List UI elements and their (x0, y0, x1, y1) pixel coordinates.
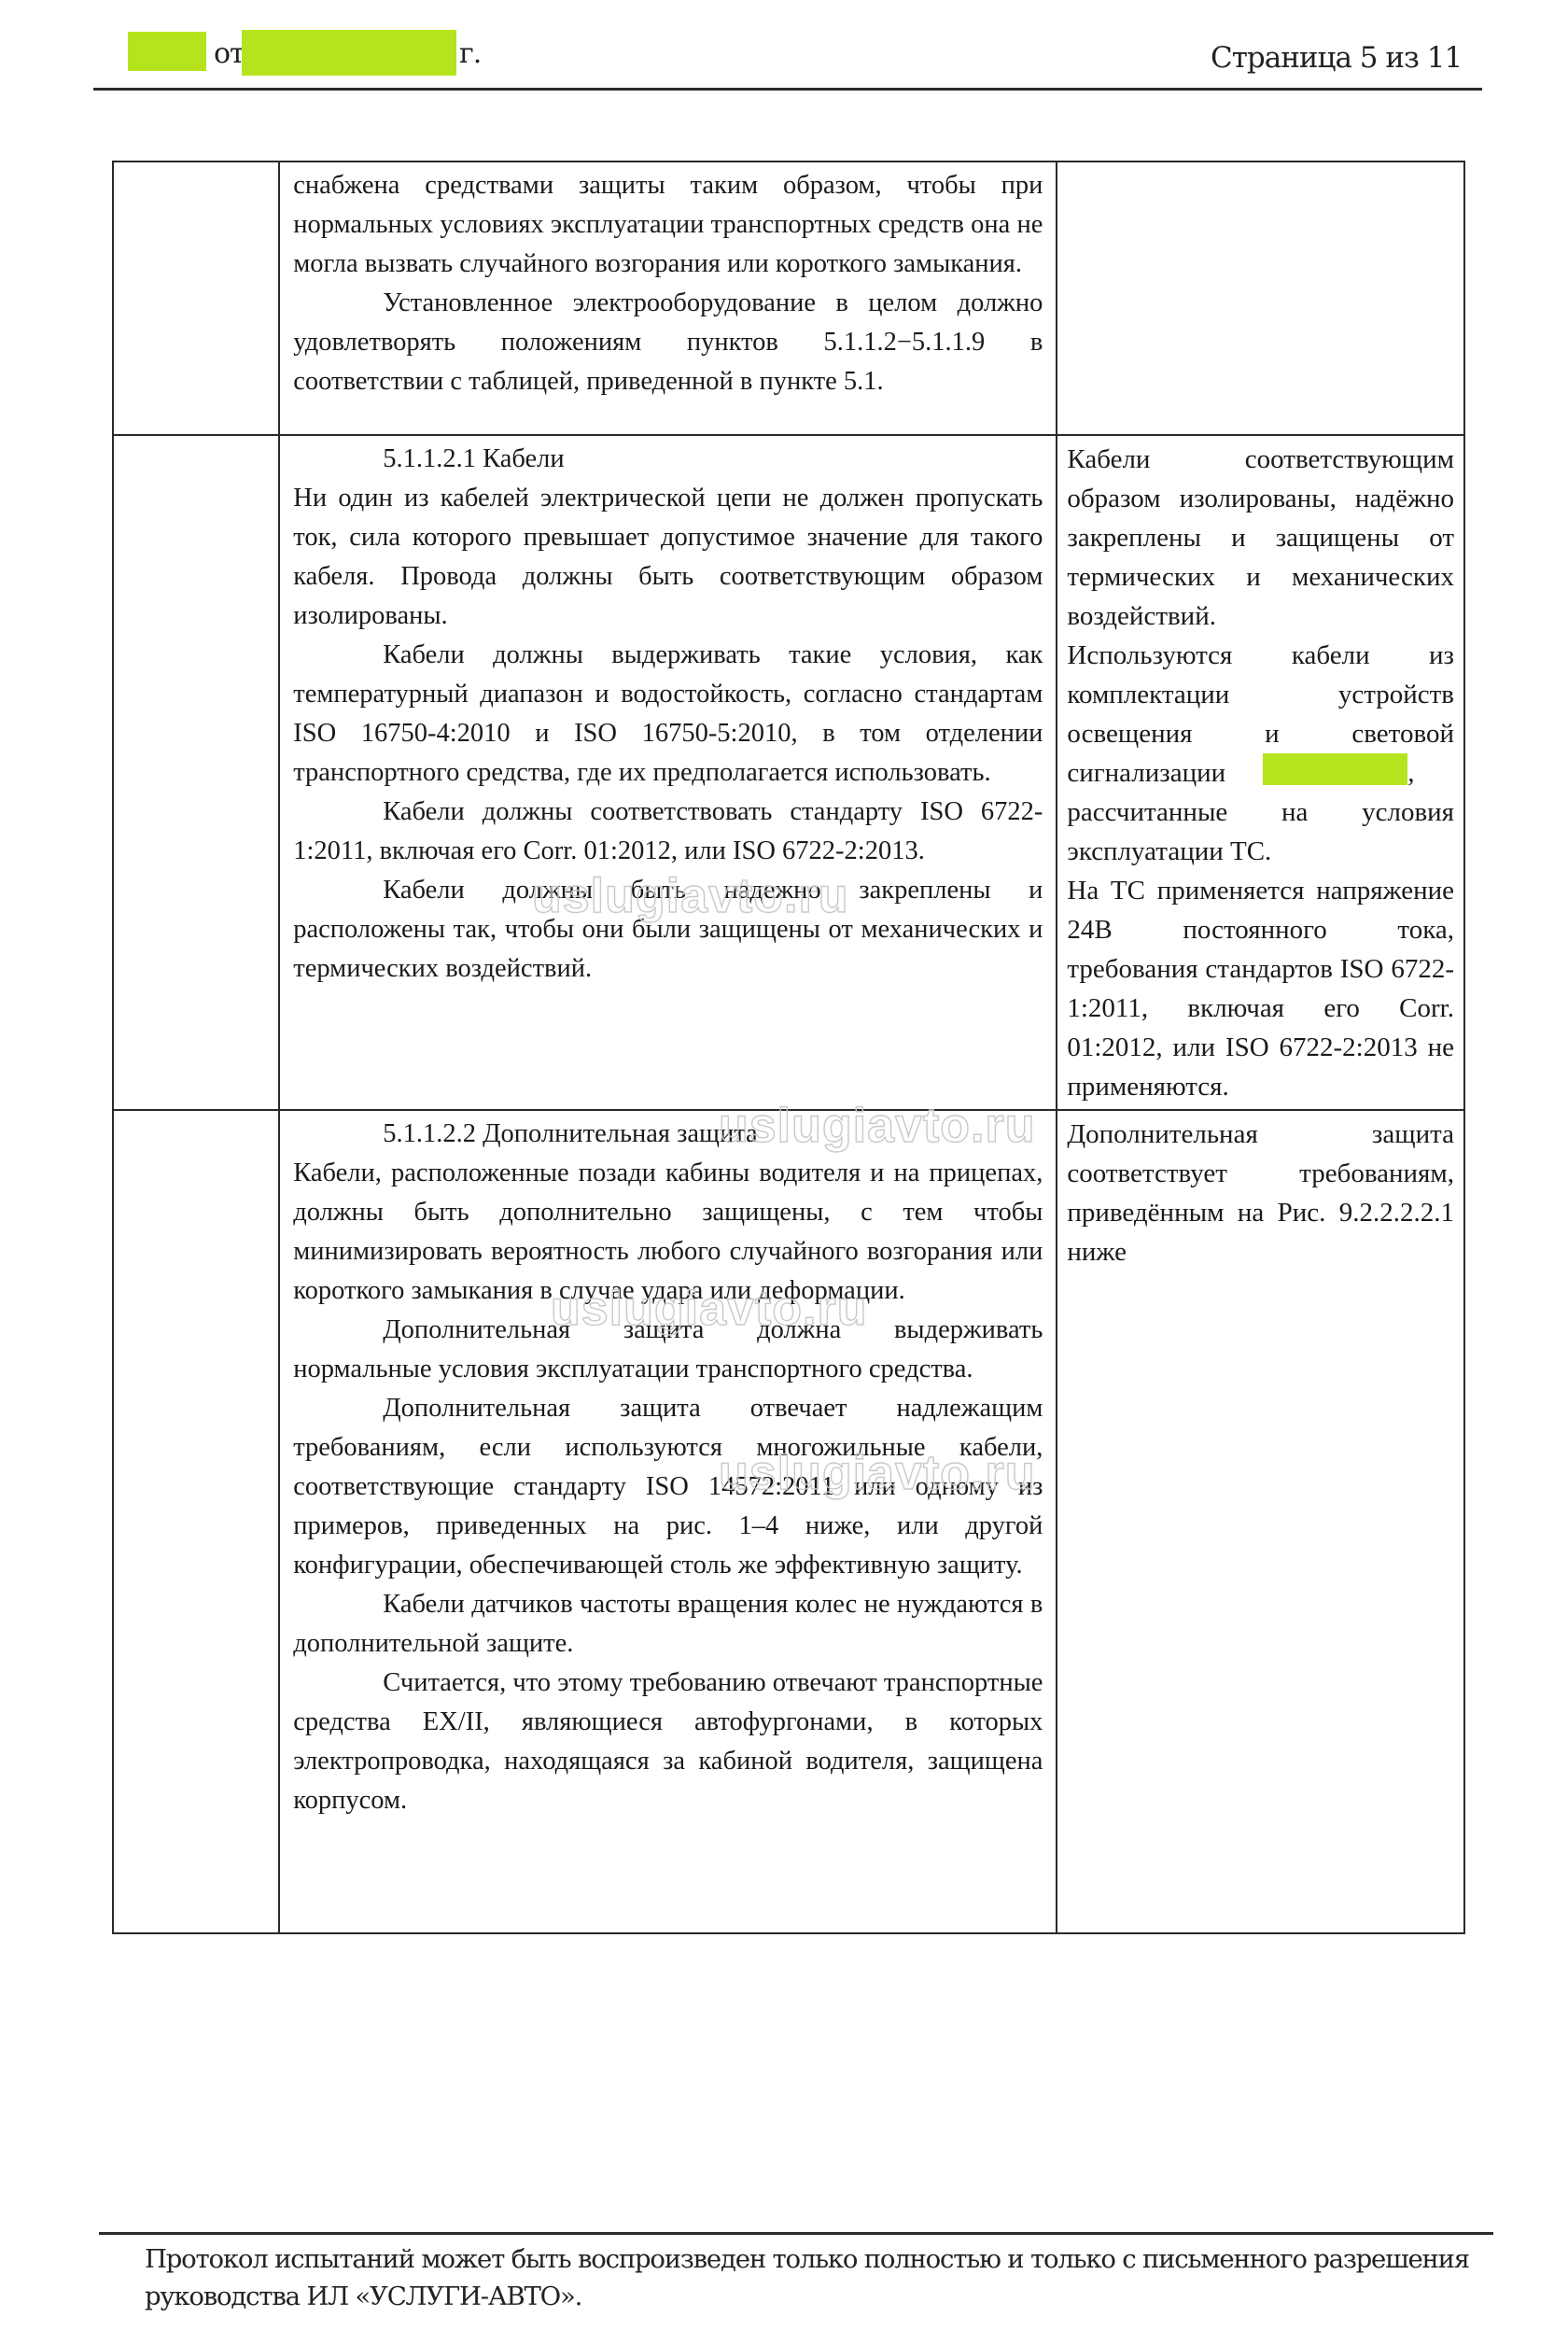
item-number-cell (113, 435, 279, 1110)
requirement-cell: 5.1.1.2.2 Дополнительная защита Кабели, … (279, 1110, 1057, 1933)
requirement-text: снабжена средствами защиты таким образом… (280, 162, 1056, 401)
requirement-text: 5.1.1.2.1 Кабели Ни один из кабелей элек… (280, 436, 1056, 989)
result-paragraph: Используются кабели из комплектации устр… (1067, 636, 1454, 793)
table-row: 5.1.1.2.2 Дополнительная защита Кабели, … (113, 1110, 1464, 1933)
footer-line: руководства ИЛ «УСЛУГИ-АВТО». (145, 2278, 1489, 2315)
requirement-cell: снабжена средствами защиты таким образом… (279, 161, 1057, 435)
redacted-protocol-number (128, 32, 206, 71)
table-row: снабжена средствами защиты таким образом… (113, 161, 1464, 435)
requirement-text: 5.1.1.2.2 Дополнительная защита Кабели, … (280, 1111, 1056, 1820)
result-paragraph: рассчитанные на условия эксплуатации ТС. (1067, 793, 1454, 871)
page-indicator: Страница 5 из 11 (1211, 41, 1462, 75)
section-heading: 5.1.1.2.2 Дополнительная защита (293, 1115, 1043, 1154)
footer-disclaimer: Протокол испытаний может быть воспроизве… (145, 2240, 1489, 2315)
requirement-paragraph: Считается, что этому требованию отвечают… (293, 1664, 1043, 1820)
redacted-vehicle-name (1263, 753, 1407, 785)
footer-line: Протокол испытаний может быть воспроизве… (145, 2240, 1489, 2278)
requirement-paragraph: Ни один из кабелей электрической цепи не… (293, 479, 1043, 636)
year-suffix: г. (459, 37, 481, 70)
result-paragraph: На ТС применяется напряжение 24В постоян… (1067, 871, 1454, 1106)
header-rule (93, 88, 1482, 91)
requirement-paragraph: снабжена средствами защиты таким образом… (293, 166, 1043, 284)
item-number-cell (113, 161, 279, 435)
requirement-paragraph: Кабели должны выдерживать такие условия,… (293, 636, 1043, 793)
requirement-paragraph: Кабели датчиков частоты вращения колес н… (293, 1585, 1043, 1664)
result-cell: Кабели соответствующим образом изолирова… (1057, 435, 1464, 1110)
requirement-paragraph: Дополнительная защита отвечает надлежащи… (293, 1389, 1043, 1585)
result-paragraph: Дополнительная защита соответствует треб… (1067, 1115, 1454, 1271)
table-row: 5.1.1.2.1 Кабели Ни один из кабелей элек… (113, 435, 1464, 1110)
item-number-cell (113, 1110, 279, 1933)
requirement-cell: 5.1.1.2.1 Кабели Ни один из кабелей элек… (279, 435, 1057, 1110)
from-label: от (214, 37, 245, 70)
result-cell: Дополнительная защита соответствует треб… (1057, 1110, 1464, 1933)
requirements-table: снабжена средствами защиты таким образом… (112, 161, 1465, 1934)
requirement-paragraph: Кабели должны быть надежно закреплены и … (293, 871, 1043, 989)
redacted-date (242, 30, 456, 76)
result-cell (1057, 161, 1464, 435)
footer-rule (99, 2232, 1493, 2235)
result-text: Дополнительная защита соответствует треб… (1057, 1111, 1463, 1271)
redaction-comma: , (1407, 758, 1414, 788)
requirement-paragraph: Кабели, расположенные позади кабины води… (293, 1154, 1043, 1311)
requirement-paragraph: Установленное электрооборудование в цело… (293, 284, 1043, 401)
section-heading: 5.1.1.2.1 Кабели (293, 440, 1043, 479)
result-text: Кабели соответствующим образом изолирова… (1057, 436, 1463, 1106)
result-paragraph: Кабели соответствующим образом изолирова… (1067, 440, 1454, 636)
requirement-paragraph: Дополнительная защита должна выдерживать… (293, 1311, 1043, 1389)
requirement-paragraph: Кабели должны соответствовать стандарту … (293, 793, 1043, 871)
